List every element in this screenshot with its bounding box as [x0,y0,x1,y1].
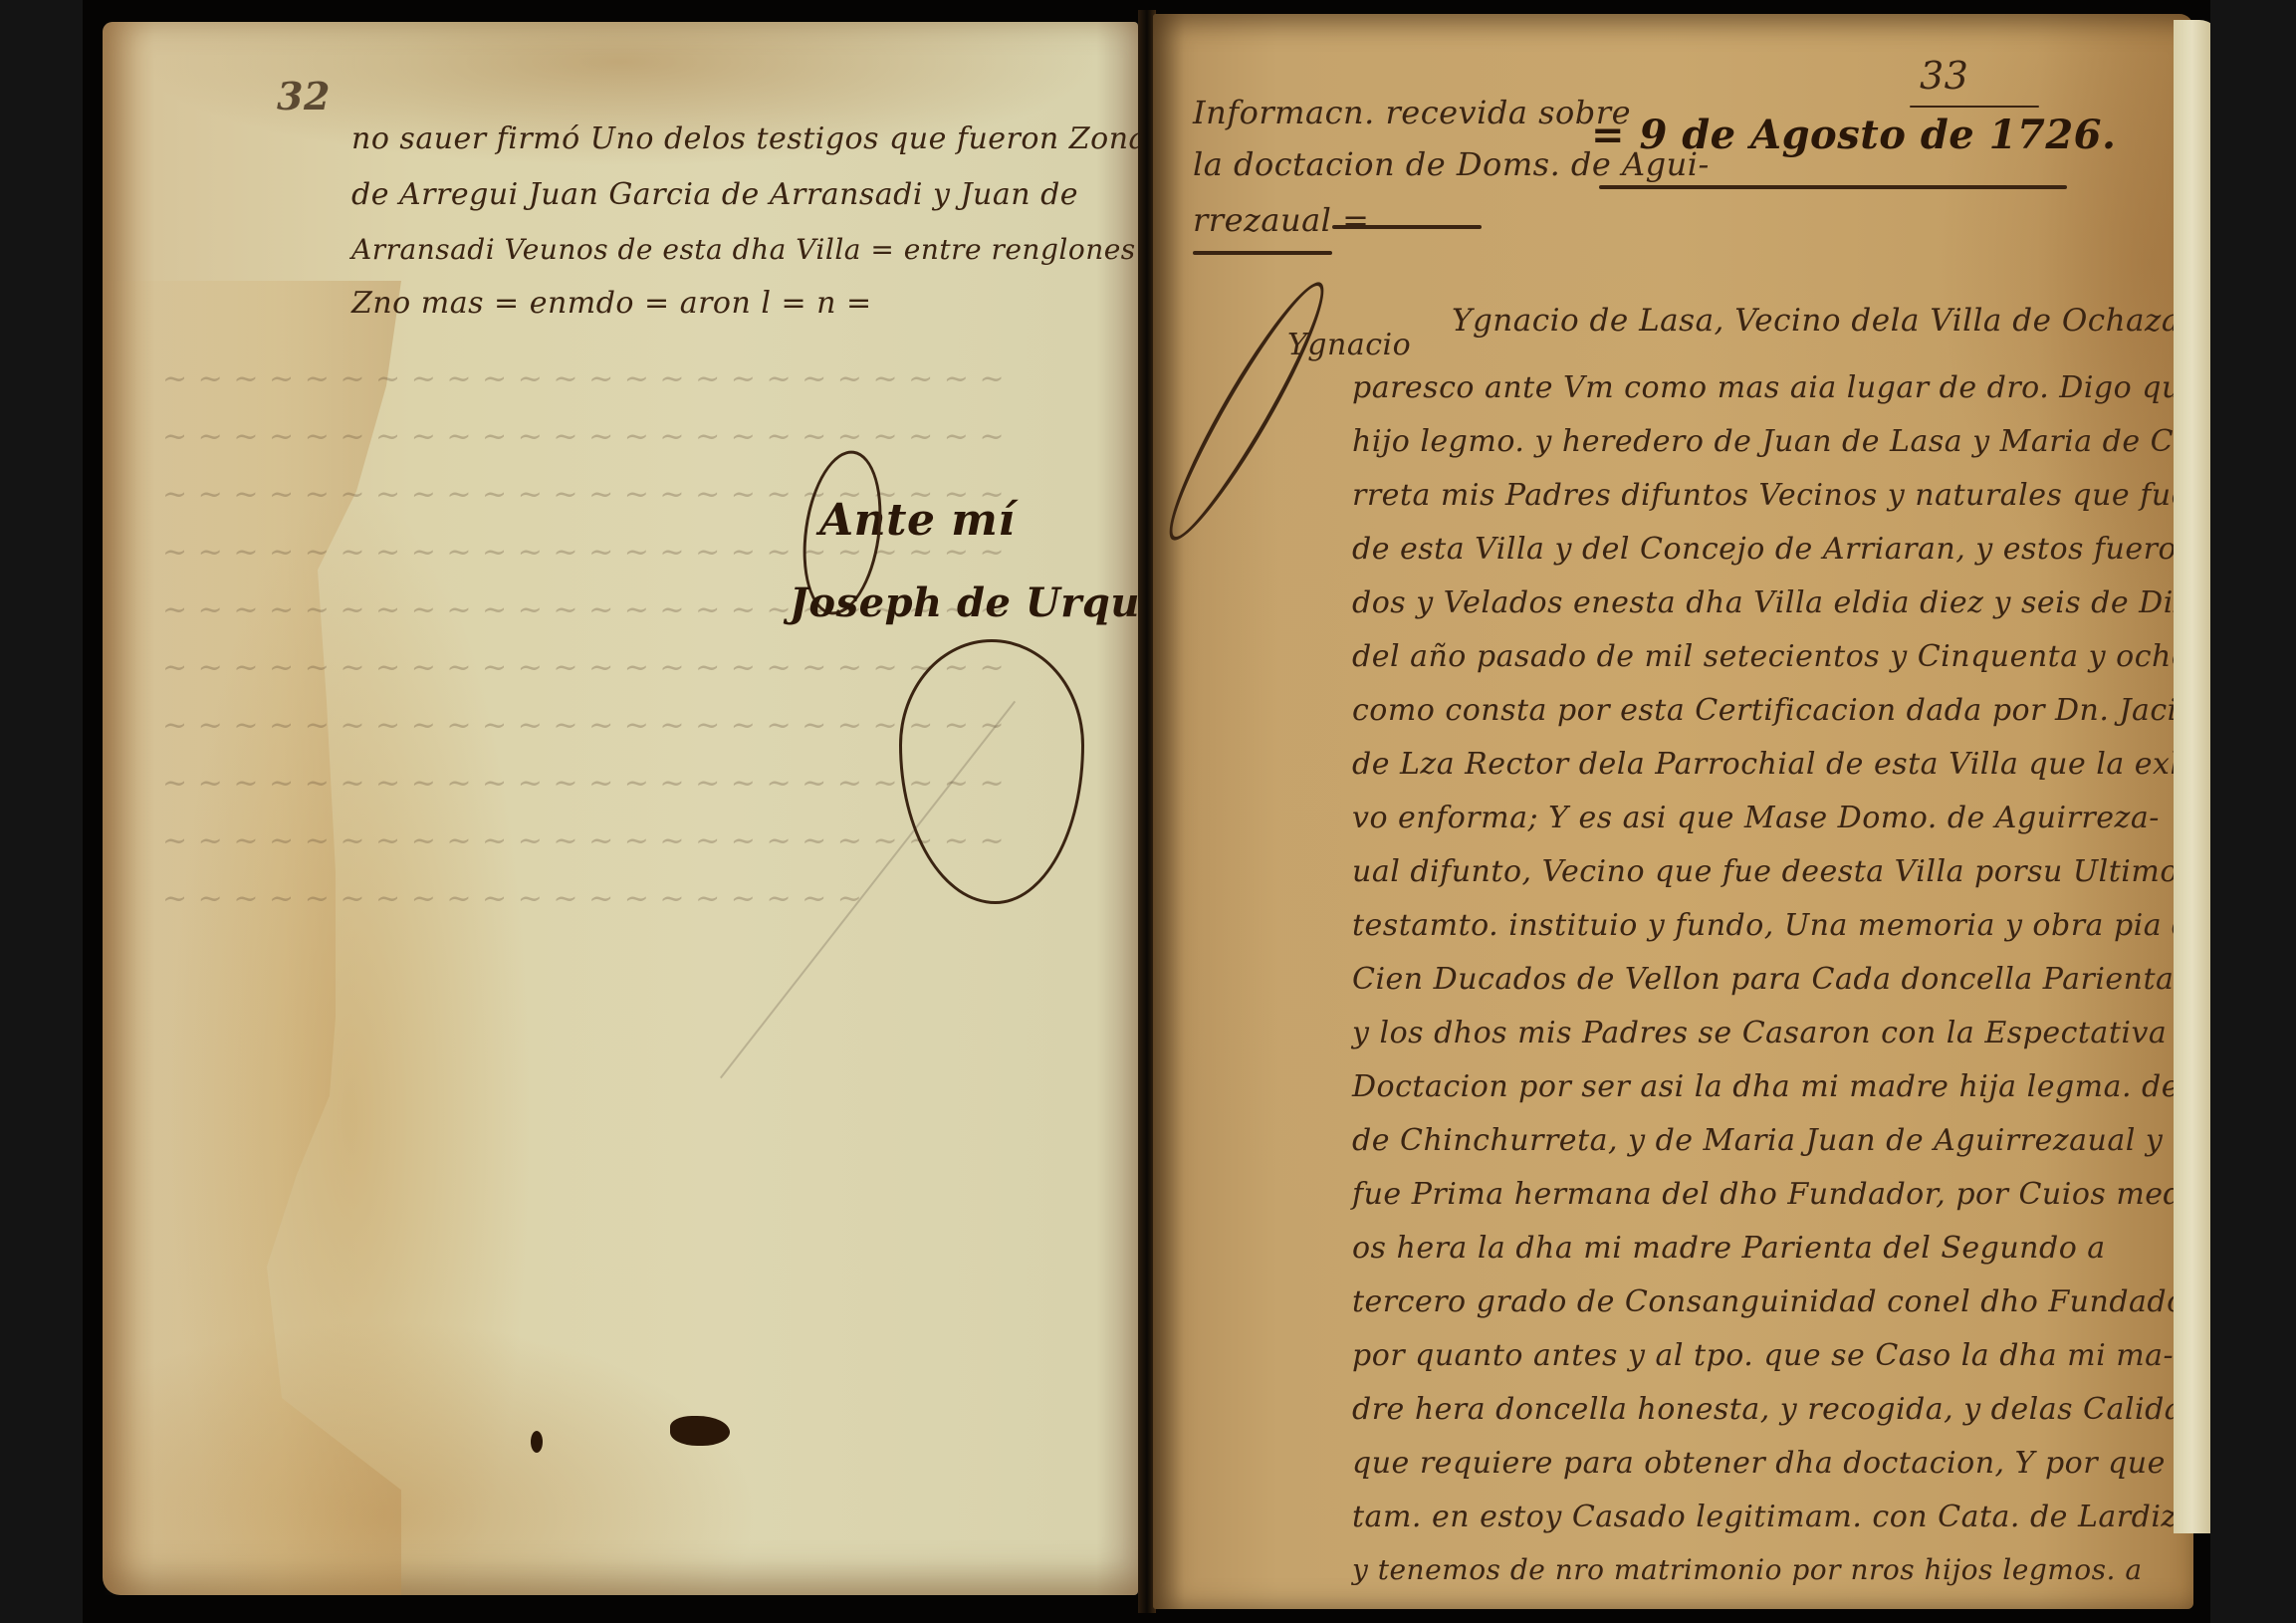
text-line: fue Prima hermana del dho Fundador, por … [1352,1177,2203,1212]
folio-underline [1910,106,2039,108]
text-line: de Lza Rector dela Parrochial de esta Vi… [1352,747,2210,782]
text-line: de Chinchurreta, y de Maria Juan de Agui… [1352,1123,2210,1158]
initial-letter-flourish [1152,271,1342,552]
text-line: y los dhos mis Padres se Casaron con la … [1352,1016,2210,1050]
text-line: ual difunto, Vecino que fue deesta Villa… [1352,854,2189,889]
ink-blot [531,1431,543,1453]
title-line: rrezaual = [1193,201,1369,239]
text-line: por quanto antes y al tpo. que se Caso l… [1352,1338,2174,1373]
text-line: de Arregui Juan Garcia de Arransadi y Ju… [351,177,1078,212]
text-line: paresco ante Vm como mas aia lugar de dr… [1352,370,2210,405]
text-line: de esta Villa y del Concejo de Arriaran,… [1352,532,2210,567]
text-line: no sauer firmó Uno delos testigos que fu… [351,121,1183,156]
text-line: del año pasado de mil setecientos y Cinq… [1352,639,2200,674]
title-underline [1193,251,1332,255]
right-folio-page: 33 Informacn. recevida sobre la doctacio… [1153,14,2193,1609]
text-line: que requiere para obtener dha doctacion,… [1352,1446,2166,1481]
text-line: dos y Velados enesta dha Villa eldia die… [1352,585,2210,620]
text-line: Zno mas = enmdo = aron l = n = [351,286,872,321]
text-line: tam. en estoy Casado legitimam. con Cata… [1352,1500,2210,1534]
text-line: testamto. instituio y fundo, Una memoria… [1352,908,2209,943]
text-line: vo enforma; Y es asi que Mase Domo. de A… [1352,801,2160,835]
text-line: hijo legmo. y heredero de Juan de Lasa y… [1352,424,2210,459]
text-line: tercero grado de Consanguinidad conel dh… [1352,1284,2210,1319]
text-line: y tenemos de nro matrimonio por nros hij… [1352,1553,2143,1586]
page-edges [2174,20,2210,1533]
title-line: Informacn. recevida sobre [1193,94,1631,131]
title-underline [1332,225,1482,229]
text-line: como consta por esta Certificacion dada … [1352,693,2210,728]
left-folio-page: 32 no sauer firmó Uno delos testigos que… [103,22,1138,1595]
text-line: Cien Ducados de Vellon para Cada doncell… [1352,962,2210,997]
date-underline [1599,185,2067,189]
document-date: = 9 de Agosto de 1726. [1591,112,2116,158]
ink-blot [670,1416,730,1446]
text-line: Doctacion por ser asi la dha mi madre hi… [1352,1069,2210,1104]
text-line: dre hera doncella honesta, y recogida, y… [1352,1392,2210,1427]
margin-name-note: Ygnacio [1287,328,1411,362]
text-line: Ygnacio de Lasa, Vecino dela Villa de Oc… [1452,303,2210,339]
manuscript-photograph: 32 no sauer firmó Uno delos testigos que… [83,0,2210,1623]
text-line: os hera la dha mi madre Parienta del Seg… [1352,1231,2106,1266]
folio-number-right: 33 [1920,54,1968,98]
text-line: Arransadi Veunos de esta dha Villa = ent… [351,233,1169,266]
folio-number-left: 32 [277,74,331,118]
text-line: rreta mis Padres difuntos Vecinos y natu… [1352,478,2210,513]
bleed-through-text: ~ ~ ~ ~ ~ ~ ~ ~ ~ ~ ~ ~ ~ ~ ~ ~ ~ ~ ~ ~ … [162,350,1038,928]
